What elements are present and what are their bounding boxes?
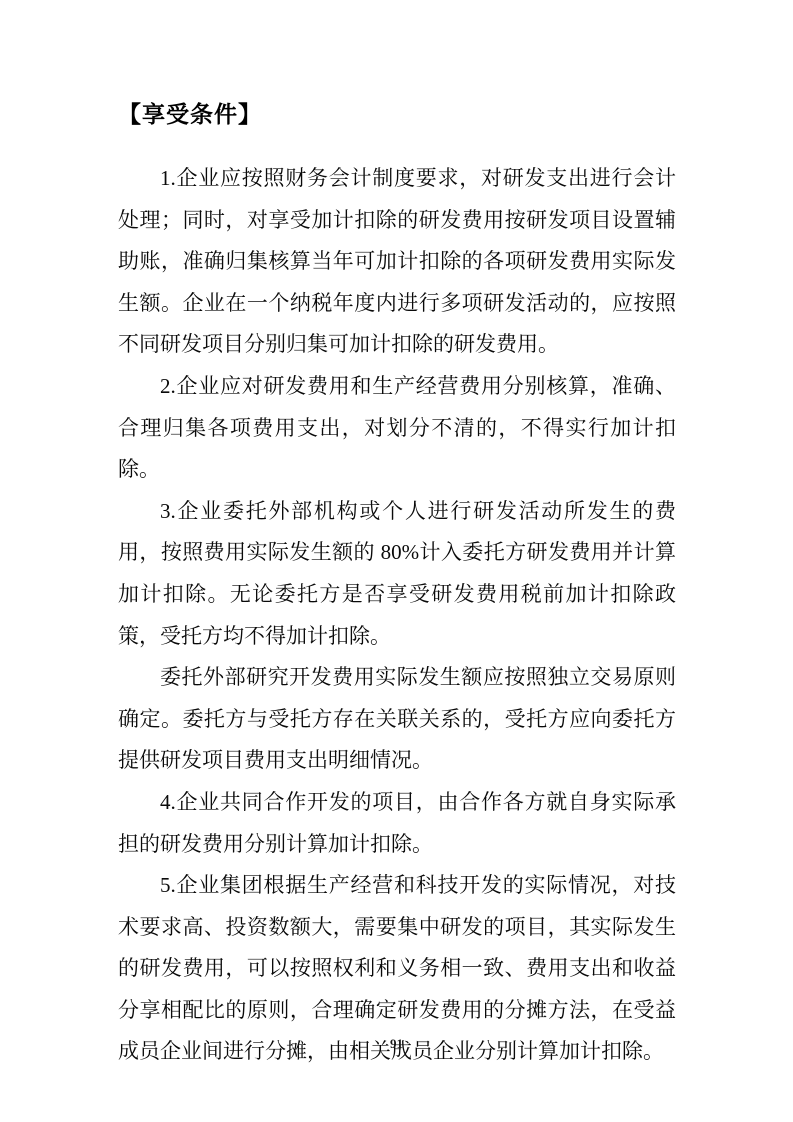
page-number: 91 xyxy=(0,1036,793,1052)
document-page: 【享受条件】 1.企业应按照财务会计制度要求，对研发支出进行会计处理；同时，对享… xyxy=(0,0,793,1122)
body-paragraph: 4.企业共同合作开发的项目，由合作各方就自身实际承担的研发费用分别计算加计扣除。 xyxy=(118,782,676,865)
body-paragraph: 委托外部研究开发费用实际发生额应按照独立交易原则确定。委托方与受托方存在关联关系… xyxy=(118,657,676,782)
document-content: 【享受条件】 1.企业应按照财务会计制度要求，对研发支出进行会计处理；同时，对享… xyxy=(118,0,676,1073)
section-heading: 【享受条件】 xyxy=(118,100,676,128)
body-paragraph: 1.企业应按照财务会计制度要求，对研发支出进行会计处理；同时，对享受加计扣除的研… xyxy=(118,158,676,366)
body-paragraph: 2.企业应对研发费用和生产经营费用分别核算，准确、合理归集各项费用支出，对划分不… xyxy=(118,366,676,491)
body-paragraph: 3.企业委托外部机构或个人进行研发活动所发生的费用，按照费用实际发生额的 80%… xyxy=(118,491,676,657)
